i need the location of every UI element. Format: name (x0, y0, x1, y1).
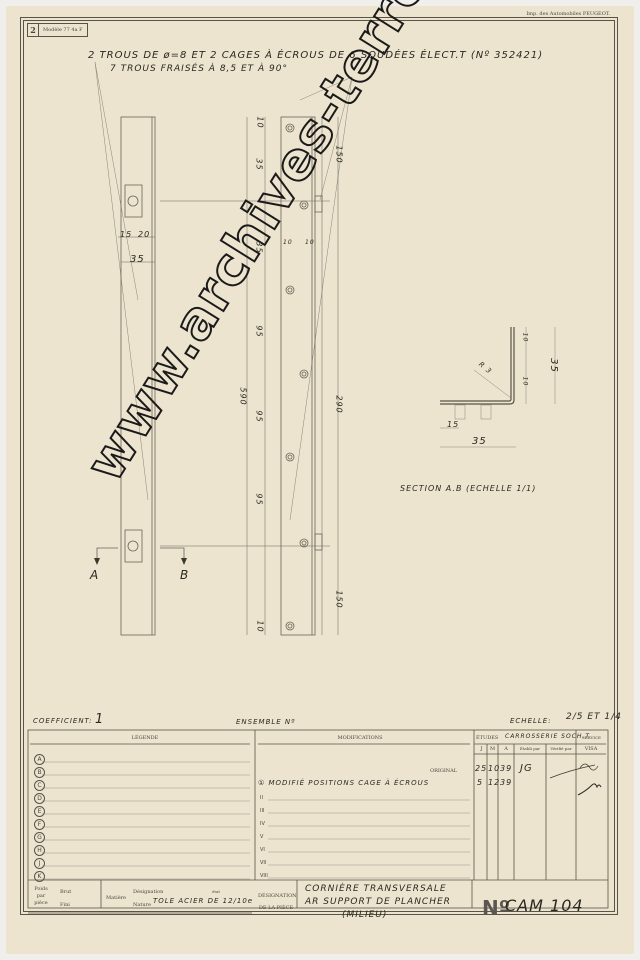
designation-label: Désignation (133, 889, 163, 895)
matiere-label: Matière (106, 895, 126, 901)
poids-label: Poids par pièce (34, 886, 48, 907)
designation-piece-label: DÉSIGNATION DE LA PIÈCE (258, 890, 294, 914)
piece-name-line-1: CORNIÈRE TRANSVERSALE (305, 884, 447, 894)
nature-label: Nature (133, 902, 151, 908)
brut-label: Brut (60, 889, 71, 895)
piece-name-line-3: (MILIEU) (342, 910, 387, 920)
piece-name-line-2: AR SUPPORT DE PLANCHER (305, 897, 451, 907)
fini-label: Fini (60, 902, 70, 908)
etat-label: état (212, 889, 220, 894)
drawing-number: CAM 104 (505, 896, 584, 915)
nature-value: TOLE ACIER DE 12/10e (153, 897, 253, 905)
